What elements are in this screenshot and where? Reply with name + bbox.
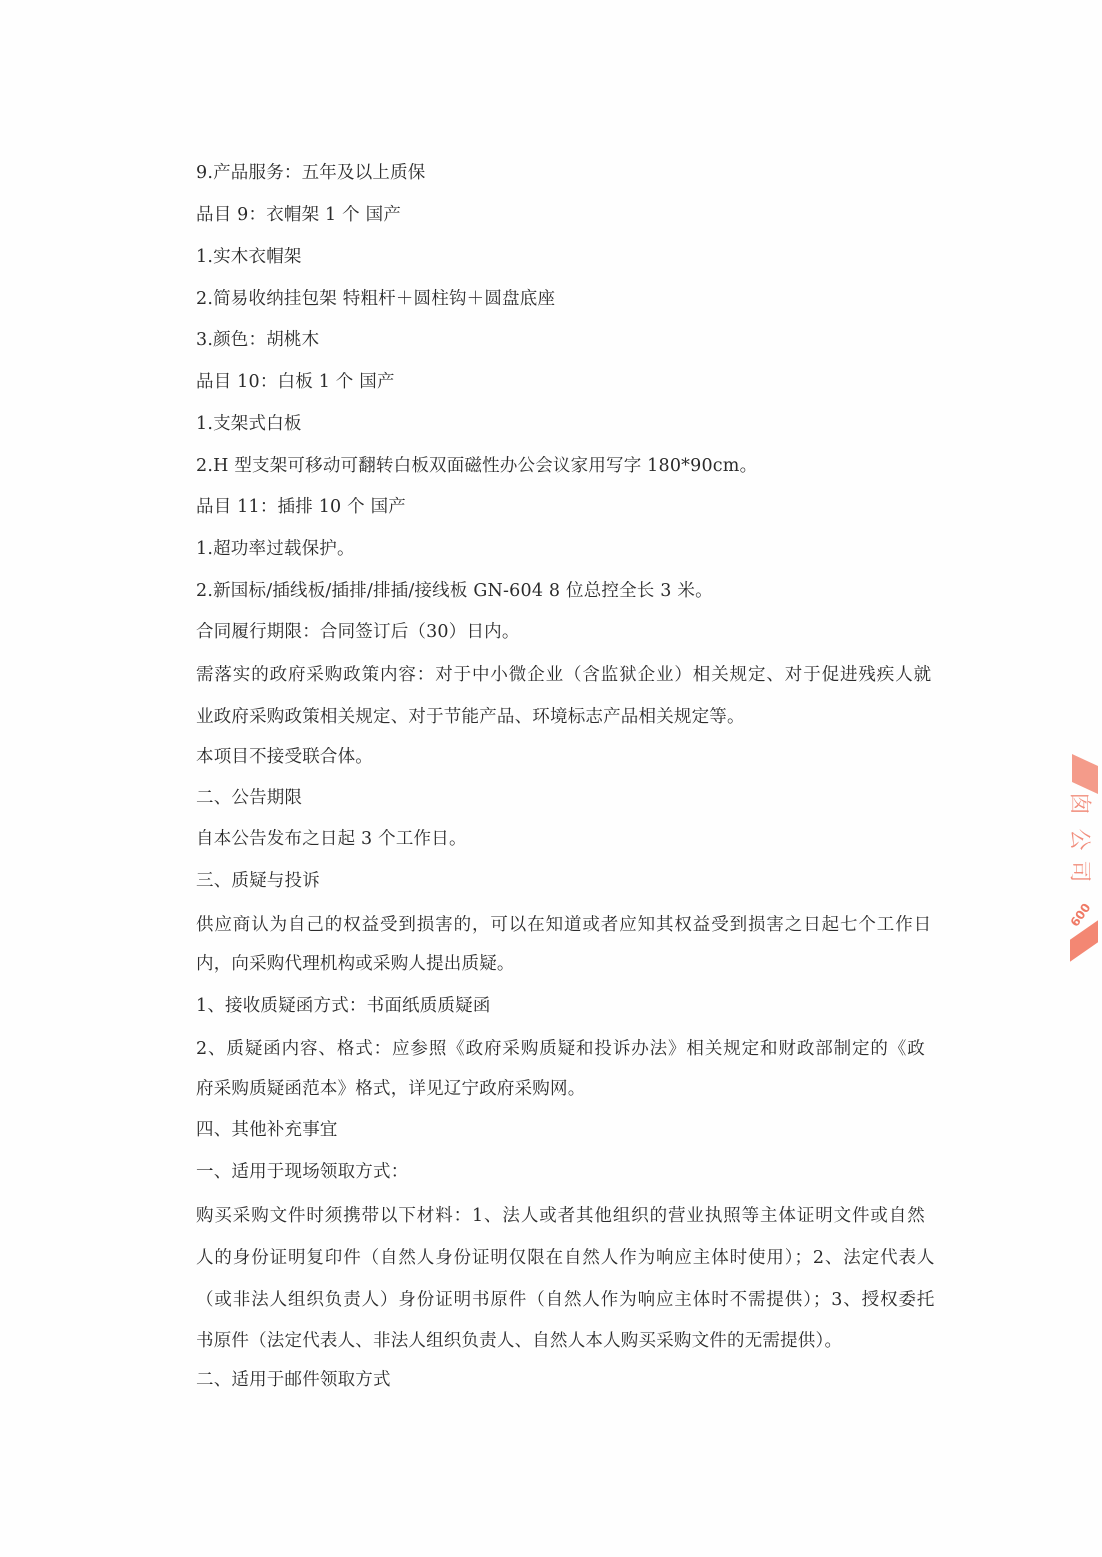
text-line: 1.实木衣帽架 xyxy=(196,245,302,269)
seal-edge-top xyxy=(1072,754,1098,794)
text-line: 二、适用于邮件领取方式 xyxy=(196,1368,391,1392)
text-line: 人的身份证明复印件（自然人身份证明仅限在自然人作为响应主体时使用）；2、法定代表… xyxy=(196,1246,935,1270)
text-line: 品目 10：白板 1 个 国产 xyxy=(196,370,395,394)
seal-char: 司 xyxy=(1066,860,1097,882)
text-line: 业政府采购政策相关规定、对于节能产品、环境标志产品相关规定等。 xyxy=(196,705,745,729)
partial-seal-stamp: 囱 公 司 600 xyxy=(1066,760,1102,960)
text-line: （或非法人组织负责人）身份证明书原件（自然人作为响应主体时不需提供）；3、授权委… xyxy=(196,1288,935,1312)
text-line: 2.简易收纳挂包架 特粗杆＋圆柱钩＋圆盘底座 xyxy=(196,287,555,311)
text-line: 2.H 型支架可移动可翻转白板双面磁性办公会议家用写字 180*90cm。 xyxy=(196,454,757,478)
text-line: 一、适用于现场领取方式： xyxy=(196,1160,408,1184)
text-line: 书原件（法定代表人、非法人组织负责人、自然人本人购买采购文件的无需提供）。 xyxy=(196,1329,842,1353)
text-line: 2.新国标/插线板/插排/排插/接线板 GN-604 8 位总控全长 3 米。 xyxy=(196,579,713,603)
text-line: 1.支架式白板 xyxy=(196,412,302,436)
document-page: 9.产品服务：五年及以上质保品目 9：衣帽架 1 个 国产1.实木衣帽架2.简易… xyxy=(0,0,1102,1557)
text-line: 1、接收质疑函方式：书面纸质质疑函 xyxy=(196,994,491,1018)
text-line: 三、质疑与投诉 xyxy=(196,869,320,893)
text-line: 9.产品服务：五年及以上质保 xyxy=(196,161,426,185)
text-line: 内，向采购代理机构或采购人提出质疑。 xyxy=(196,952,515,976)
text-line: 二、公告期限 xyxy=(196,786,302,810)
text-line: 自本公告发布之日起 3 个工作日。 xyxy=(196,827,467,851)
text-line: 本项目不接受联合体。 xyxy=(196,745,373,769)
text-line: 3.颜色：胡桃木 xyxy=(196,328,319,352)
text-line: 合同履行期限：合同签订后（30）日内。 xyxy=(196,620,520,644)
text-line: 供应商认为自己的权益受到损害的，可以在知道或者应知其权益受到损害之日起七个工作日 xyxy=(196,913,932,937)
text-line: 品目 11：插排 10 个 国产 xyxy=(196,495,406,519)
seal-char: 囱 xyxy=(1066,792,1097,814)
text-line: 2、质疑函内容、格式：应参照《政府采购质疑和投诉办法》相关规定和财政部制定的《政 xyxy=(196,1037,926,1061)
text-line: 四、其他补充事宜 xyxy=(196,1118,338,1142)
seal-char: 公 xyxy=(1066,828,1097,850)
text-line: 购买采购文件时须携带以下材料：1、法人或者其他组织的营业执照等主体证明文件或自然 xyxy=(196,1204,926,1228)
text-line: 府采购质疑函范本》格式，详见辽宁政府采购网。 xyxy=(196,1077,585,1101)
text-line: 品目 9：衣帽架 1 个 国产 xyxy=(196,203,401,227)
text-line: 需落实的政府采购政策内容：对于中小微企业（含监狱企业）相关规定、对于促进残疾人就 xyxy=(196,663,932,687)
text-line: 1.超功率过载保护。 xyxy=(196,537,355,561)
